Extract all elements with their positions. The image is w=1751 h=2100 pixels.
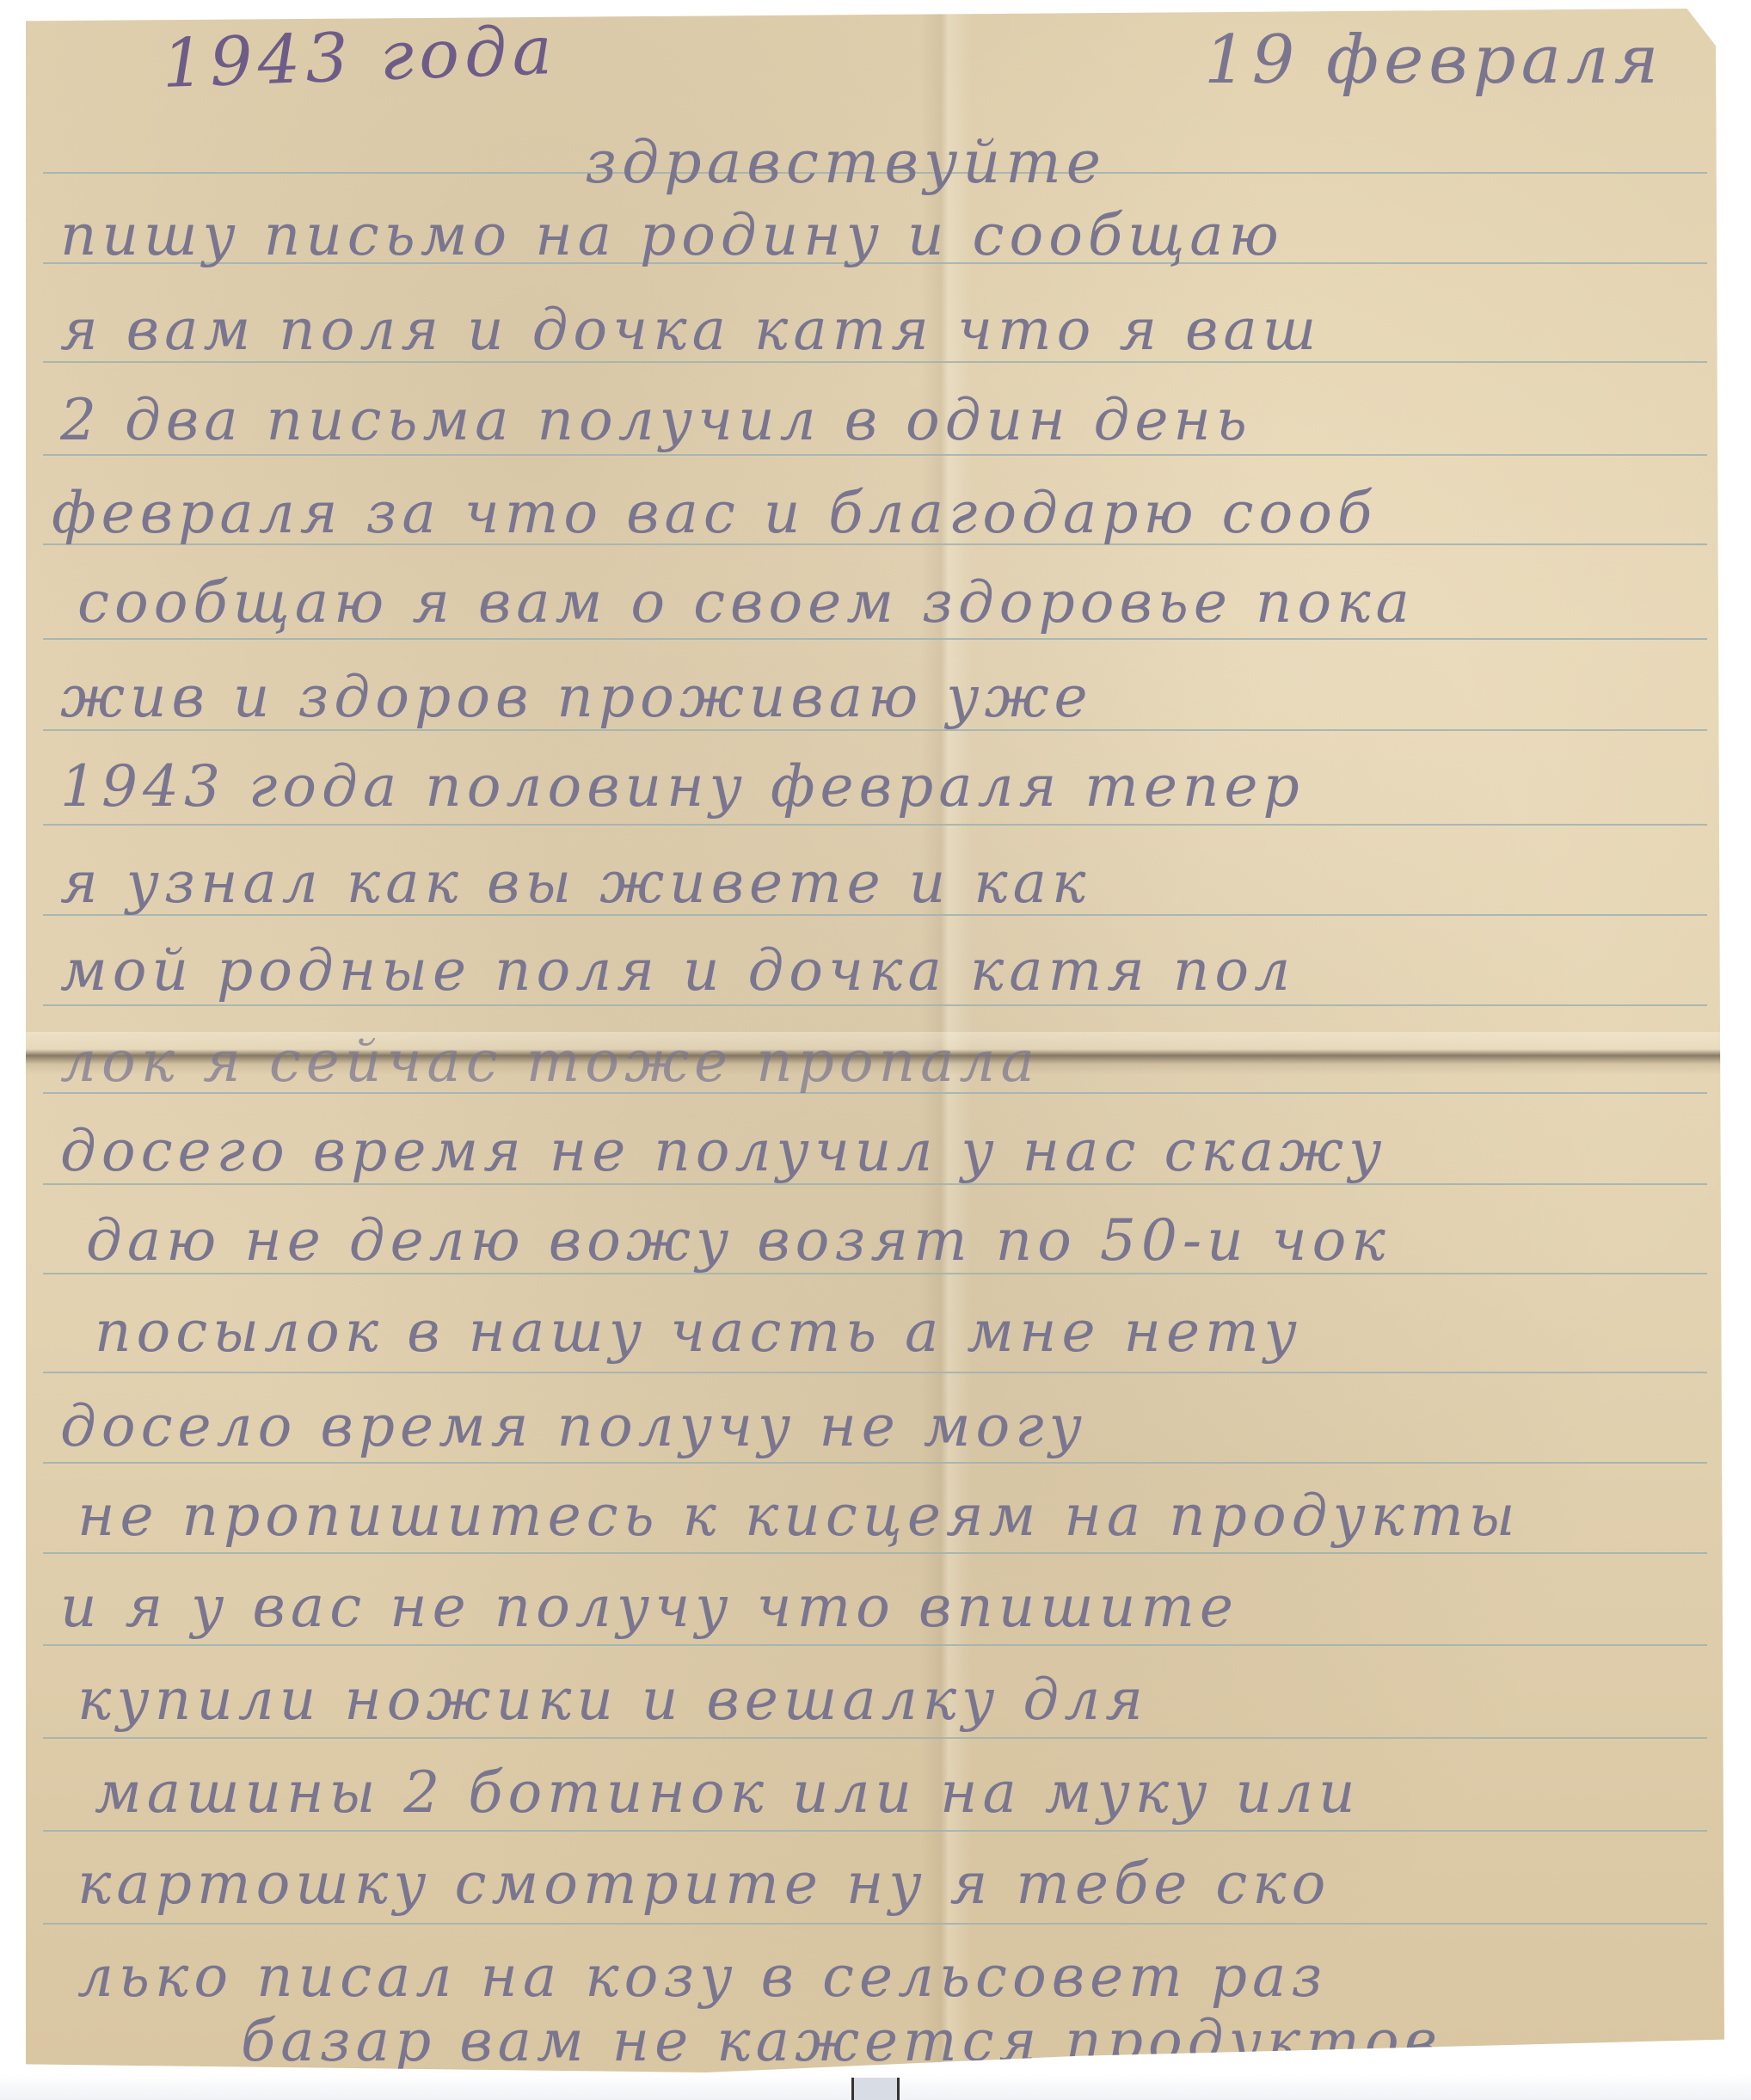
- ruled-line: [43, 1004, 1707, 1006]
- letter-line: купили ножики и вешалку для: [77, 1667, 1148, 1733]
- letter-line: мой родные поля и дочка катя пол: [60, 937, 1295, 1004]
- letter-line: досего время не получил у нас скажу: [60, 1118, 1386, 1184]
- letter-line: и я у вас не получу что впишите: [60, 1574, 1238, 1640]
- letter-line: я узнал как вы живете и как: [60, 850, 1091, 916]
- letter-line: базар вам не кажется продуктов: [241, 2008, 1442, 2074]
- letter-line: посылок в нашу часть а мне нету: [95, 1299, 1302, 1365]
- date-year: 1943 года: [161, 12, 558, 103]
- binder-clip: [851, 2078, 900, 2100]
- scanner-background: [0, 2074, 1751, 2100]
- letter-line: 2 два письма получил в один день: [60, 387, 1252, 453]
- ruled-line: [43, 1923, 1707, 1925]
- greeting: здравствуйте: [585, 129, 1106, 197]
- letter-line: пишу письмо на родину и сообщаю: [60, 202, 1284, 268]
- ruled-line: [43, 638, 1707, 640]
- letter-line: лок я сейчас тоже пропала: [60, 1029, 1040, 1095]
- ruled-line: [43, 1462, 1707, 1464]
- ruled-line: [43, 454, 1707, 456]
- letter-line: лько писал на козу в сельсовет раз: [77, 1943, 1327, 2010]
- letter-line: машины 2 ботинок или на муку или: [95, 1759, 1361, 1826]
- ruled-line: [43, 1372, 1707, 1373]
- letter-line: сообщаю я вам о своем здоровье пока: [77, 569, 1415, 636]
- letter-line: жив и здоров проживаю уже: [60, 664, 1093, 730]
- letter-line: не пропишитесь к кисцеям на продукты: [77, 1483, 1521, 1549]
- ruled-line: [43, 1737, 1707, 1739]
- letter-line: даю не делю вожу возят по 50-и чок: [86, 1207, 1391, 1274]
- letter-paper: 1943 года 19 февраля здравствуйте пишу п…: [26, 9, 1724, 2072]
- letter-line: картошку смотрите ну я тебе ско: [77, 1851, 1330, 1917]
- ruled-line: [43, 824, 1707, 826]
- ruled-line: [43, 1644, 1707, 1646]
- letter-line: февраля за что вас и благодарю сооб: [52, 480, 1377, 546]
- ruled-line: [43, 1552, 1707, 1554]
- letter-line: я вам поля и дочка катя что я ваш: [60, 297, 1321, 363]
- ruled-line: [43, 1830, 1707, 1832]
- date-day-month: 19 февраля: [1204, 21, 1663, 99]
- letter-line: досело время получу не могу: [60, 1393, 1087, 1459]
- letter-line: 1943 года половину февраля тепер: [60, 753, 1305, 820]
